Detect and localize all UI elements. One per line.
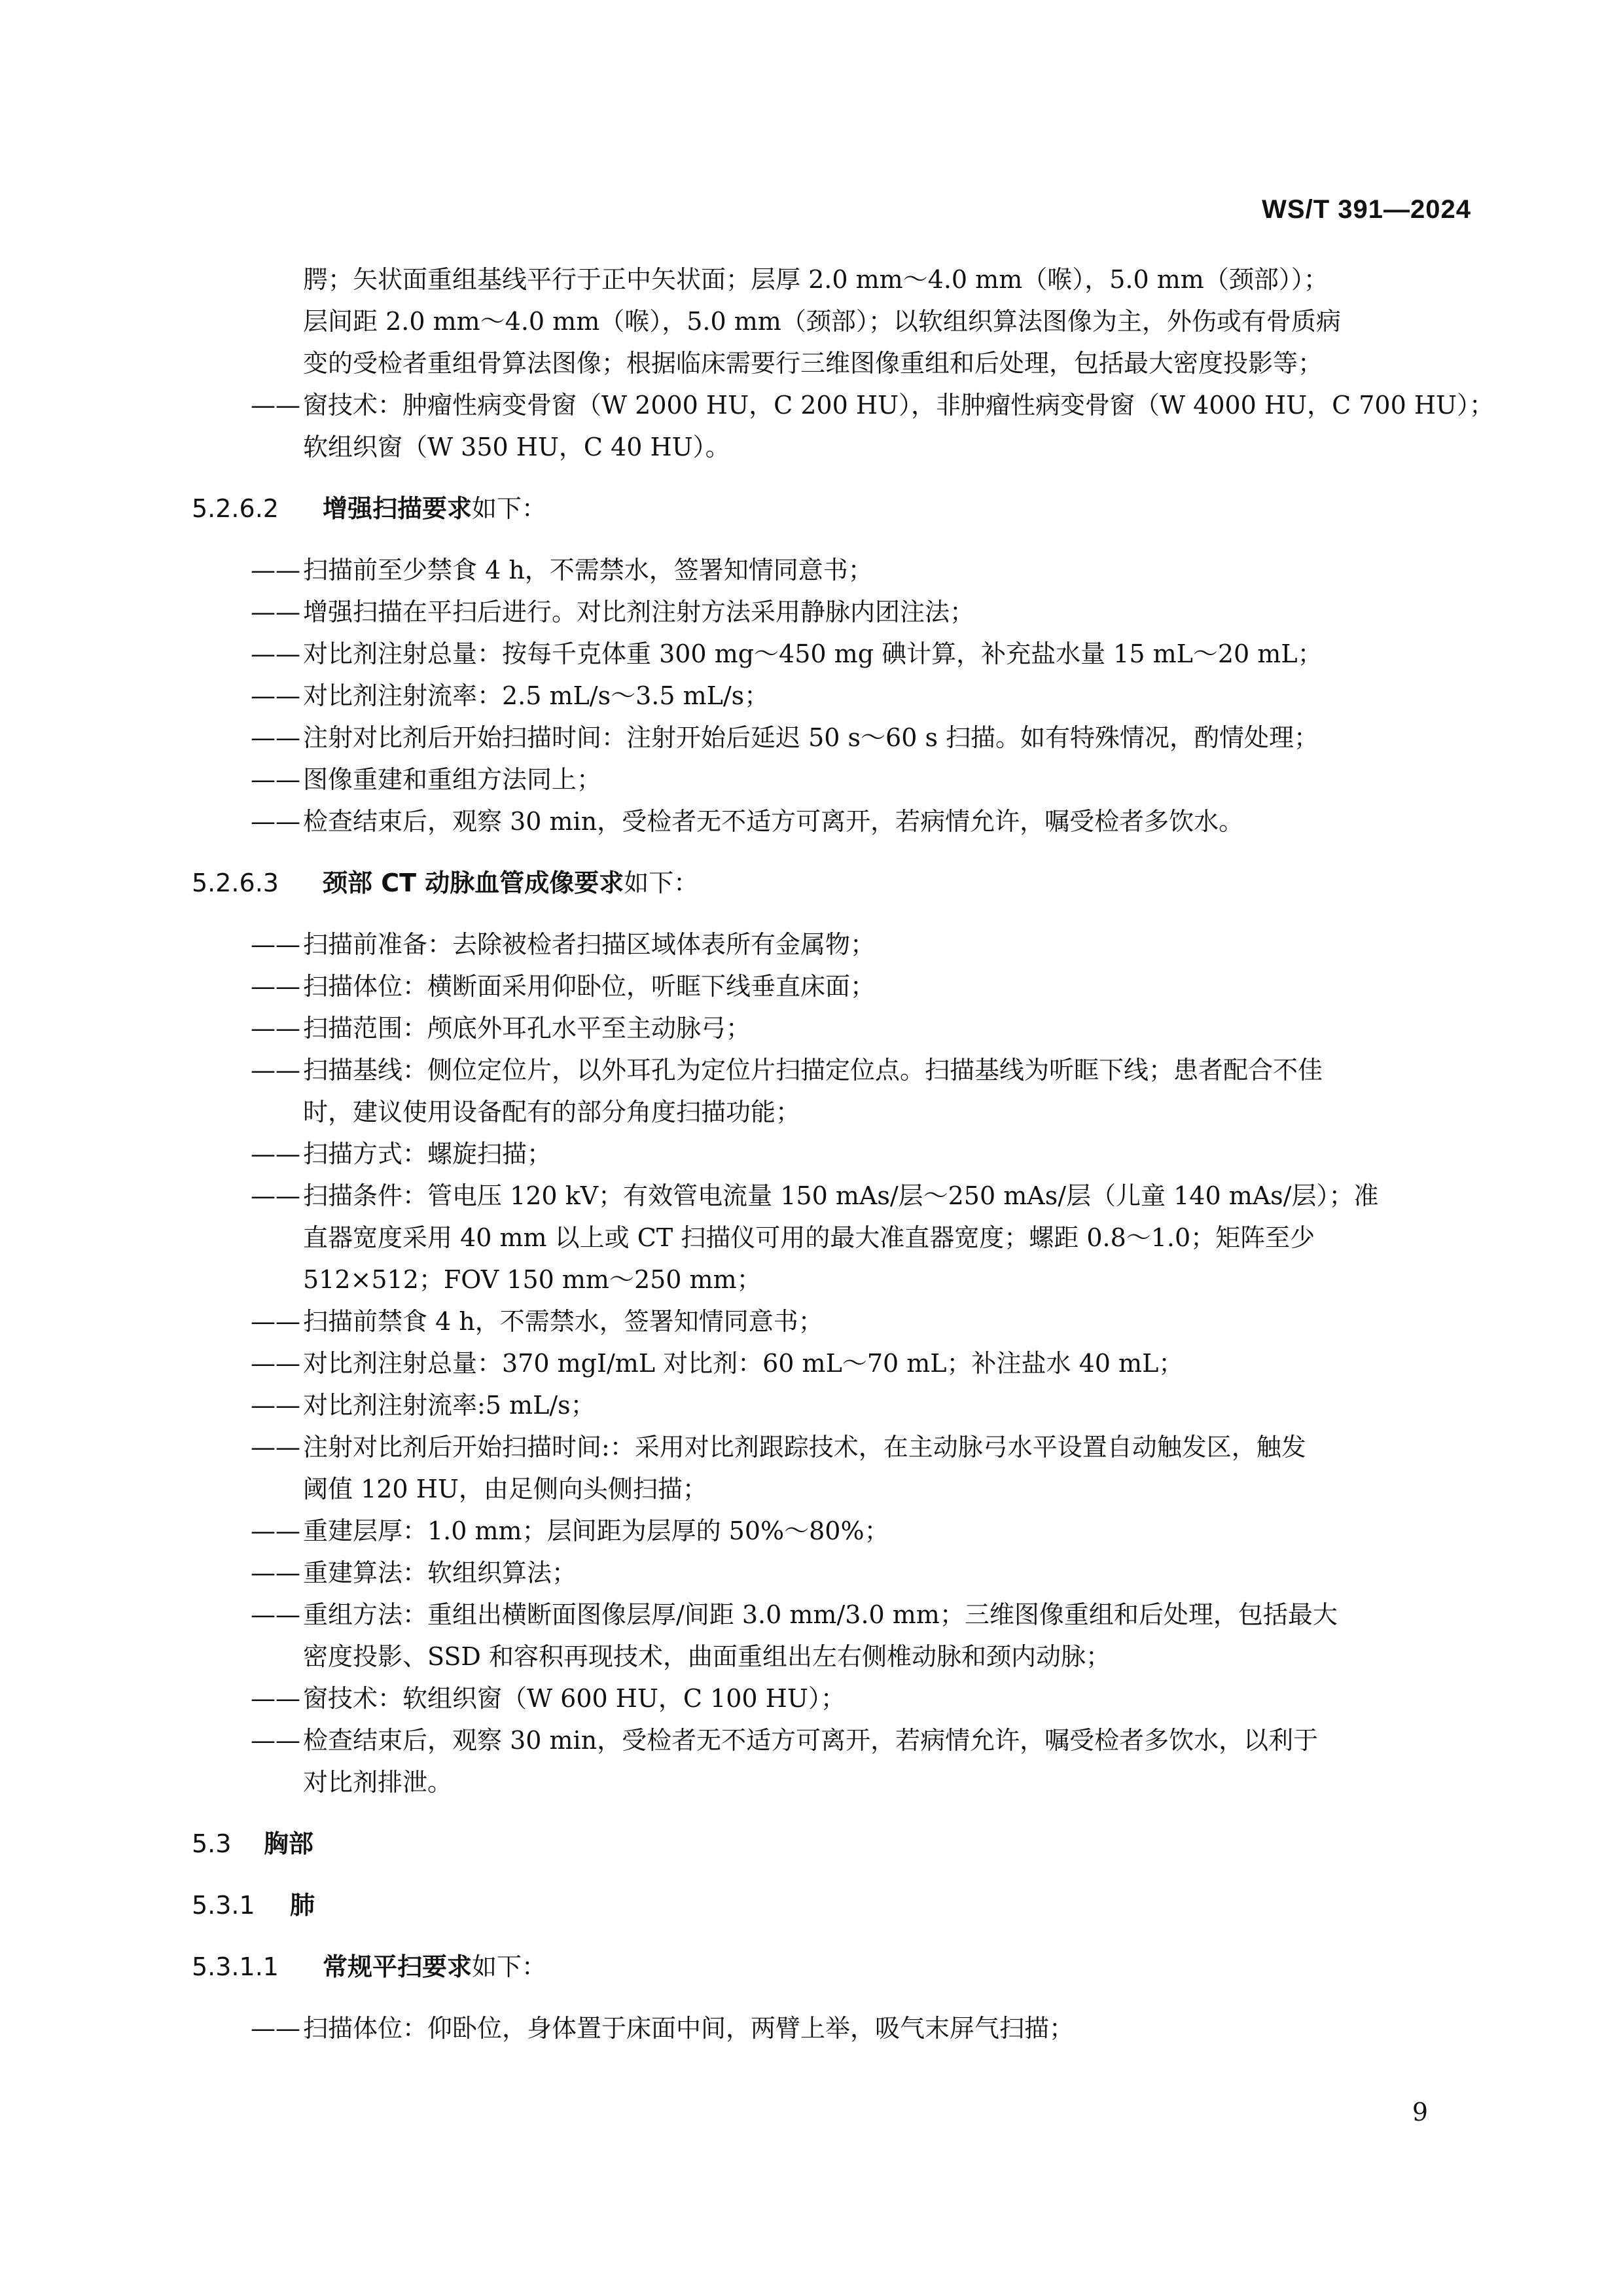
section-number: 5.3.1 <box>192 1884 290 1926</box>
list-item-text: 窗技术：软组织窗（W 600 HU，C 100 HU）； <box>303 1684 846 1713</box>
list-item: ——注射对比剂后开始扫描时间：注射开始后延迟 50 s～60 s 扫描。如有特殊… <box>192 717 1471 759</box>
section-heading-5-3: 5.3胸部 <box>192 1823 1471 1865</box>
section-number: 5.2.6.3 <box>192 862 323 904</box>
list-item: ——窗技术：软组织窗（W 600 HU，C 100 HU）； <box>192 1677 1471 1719</box>
dash-marker: —— <box>251 633 303 675</box>
dash-marker: —— <box>251 1677 303 1719</box>
list-item-continuation: 密度投影、SSD 和容积再现技术，曲面重组出左右侧椎动脉和颈内动脉； <box>192 1636 1471 1677</box>
list-item-text: 注射对比剂后开始扫描时间:：采用对比剂跟踪技术，在主动脉弓水平设置自动触发区，触… <box>303 1433 1306 1462</box>
dash-marker: —— <box>251 1719 303 1761</box>
continuation-line: 变的受检者重组骨算法图像；根据临床需要行三维图像重组和后处理，包括最大密度投影等… <box>192 342 1471 384</box>
list-item-text: 扫描前准备：去除被检者扫描区域体表所有金属物； <box>303 930 875 959</box>
dash-marker: —— <box>251 1175 303 1217</box>
dash-marker: —— <box>251 1300 303 1342</box>
list-item: ——检查结束后，观察 30 min，受检者无不适方可离开，若病情允许，嘱受检者多… <box>192 800 1471 842</box>
list-item-continuation: 直器宽度采用 40 mm 以上或 CT 扫描仪可用的最大准直器宽度；螺距 0.8… <box>192 1217 1471 1259</box>
standard-code-header: WS/T 391—2024 <box>1262 195 1471 224</box>
section-title: 肺 <box>290 1891 315 1920</box>
list-item-text: 扫描条件：管电压 120 kV；有效管电流量 150 mAs/层～250 mAs… <box>303 1181 1378 1210</box>
dash-marker: —— <box>251 549 303 591</box>
list-item-text: 扫描范围：颅底外耳孔水平至主动脉弓； <box>303 1014 751 1043</box>
list-item: ——对比剂注射总量：按每千克体重 300 mg～450 mg 碘计算，补充盐水量… <box>192 633 1471 675</box>
list-item-text: 对比剂注射总量：按每千克体重 300 mg～450 mg 碘计算，补充盐水量 1… <box>303 639 1323 668</box>
section-number: 5.3.1.1 <box>192 1946 323 1988</box>
list-item-text: 重建层厚：1.0 mm；层间距为层厚的 50%～80%； <box>303 1516 889 1545</box>
list-item-text: 图像重建和重组方法同上； <box>303 765 601 794</box>
list-item-text: 扫描体位：仰卧位，身体置于床面中间，两臂上举，吸气末屏气扫描； <box>303 2014 1074 2043</box>
section-heading-5-2-6-2: 5.2.6.2增强扫描要求如下： <box>192 488 1471 529</box>
list-item-text: 扫描基线：侧位定位片，以外耳孔为定位片扫描定位点。扫描基线为听眶下线；患者配合不… <box>303 1056 1323 1085</box>
list-item-text: 注射对比剂后开始扫描时间：注射开始后延迟 50 s～60 s 扫描。如有特殊情况… <box>303 723 1319 752</box>
list-item-text: 重建算法：软组织算法； <box>303 1558 577 1587</box>
list-item: ——扫描基线：侧位定位片，以外耳孔为定位片扫描定位点。扫描基线为听眶下线；患者配… <box>192 1049 1471 1091</box>
dash-marker: —— <box>251 800 303 842</box>
section-list-5-2-6-3: ——扫描前准备：去除被检者扫描区域体表所有金属物；——扫描体位：横断面采用仰卧位… <box>192 924 1471 1803</box>
section-number: 5.3 <box>192 1823 264 1865</box>
list-item-text: 重组方法：重组出横断面图像层厚/间距 3.0 mm/3.0 mm；三维图像重组和… <box>303 1600 1338 1629</box>
section-heading-5-3-1-1: 5.3.1.1常规平扫要求如下： <box>192 1946 1471 1988</box>
continuation-line: 腭；矢状面重组基线平行于正中矢状面；层厚 2.0 mm～4.0 mm（喉），5.… <box>192 259 1471 300</box>
section-title: 常规平扫要求 <box>323 1952 472 1981</box>
document-body: 腭；矢状面重组基线平行于正中矢状面；层厚 2.0 mm～4.0 mm（喉），5.… <box>192 259 1471 2049</box>
dash-marker: —— <box>251 1342 303 1384</box>
section-suffix: 如下： <box>472 1952 546 1981</box>
list-item: ——注射对比剂后开始扫描时间:：采用对比剂跟踪技术，在主动脉弓水平设置自动触发区… <box>192 1426 1471 1468</box>
dash-marker: —— <box>251 759 303 800</box>
list-item-text: 增强扫描在平扫后进行。对比剂注射方法采用静脉内团注法； <box>303 598 974 626</box>
dash-marker: —— <box>251 924 303 965</box>
list-item-continuation: 软组织窗（W 350 HU，C 40 HU）。 <box>192 426 1471 468</box>
dash-marker: —— <box>251 591 303 633</box>
section-title: 增强扫描要求 <box>323 494 472 523</box>
section-suffix: 如下： <box>624 869 698 897</box>
dash-marker: —— <box>251 675 303 717</box>
list-item: ——重组方法：重组出横断面图像层厚/间距 3.0 mm/3.0 mm；三维图像重… <box>192 1594 1471 1636</box>
list-item: ——扫描前准备：去除被检者扫描区域体表所有金属物； <box>192 924 1471 965</box>
list-item: ——扫描方式：螺旋扫描； <box>192 1133 1471 1175</box>
section-heading-5-3-1: 5.3.1肺 <box>192 1884 1471 1926</box>
dash-marker: —— <box>251 1426 303 1468</box>
list-item-text: 窗技术：肿瘤性病变骨窗（W 2000 HU，C 200 HU），非肿瘤性病变骨窗… <box>303 391 1494 420</box>
list-item: ——图像重建和重组方法同上； <box>192 759 1471 800</box>
section-suffix: 如下： <box>472 494 546 523</box>
dash-marker: —— <box>251 384 303 426</box>
section-list-5-3-1-1: ——扫描体位：仰卧位，身体置于床面中间，两臂上举，吸气末屏气扫描； <box>192 2007 1471 2049</box>
list-item: ——扫描条件：管电压 120 kV；有效管电流量 150 mAs/层～250 m… <box>192 1175 1471 1217</box>
section-title: 颈部 CT 动脉血管成像要求 <box>323 869 624 897</box>
dash-marker: —— <box>251 1049 303 1091</box>
dash-marker: —— <box>251 1384 303 1426</box>
dash-marker: —— <box>251 1510 303 1552</box>
list-item-text: 对比剂注射流率：2.5 mL/s～3.5 mL/s； <box>303 681 769 710</box>
list-item: ——扫描体位：仰卧位，身体置于床面中间，两臂上举，吸气末屏气扫描； <box>192 2007 1471 2049</box>
list-item-text: 对比剂注射总量：370 mgI/mL 对比剂：60 mL～70 mL；补注盐水 … <box>303 1349 1183 1378</box>
list-item-text: 扫描前禁食 4 h，不需禁水，签署知情同意书； <box>303 1307 823 1336</box>
section-number: 5.2.6.2 <box>192 488 323 529</box>
list-item: ——扫描体位：横断面采用仰卧位，听眶下线垂直床面； <box>192 965 1471 1007</box>
list-item-text: 扫描方式：螺旋扫描； <box>303 1139 552 1168</box>
list-item: ——重建算法：软组织算法； <box>192 1552 1471 1594</box>
dash-marker: —— <box>251 1133 303 1175</box>
section-list-5-2-6-2: ——扫描前至少禁食 4 h，不需禁水，签署知情同意书；——增强扫描在平扫后进行。… <box>192 549 1471 842</box>
list-item: ——对比剂注射流率:5 mL/s； <box>192 1384 1471 1426</box>
list-item-continuation: 512×512；FOV 150 mm～250 mm； <box>192 1259 1471 1300</box>
section-title: 胸部 <box>264 1829 313 1858</box>
list-item-text: 检查结束后，观察 30 min，受检者无不适方可离开，若病情允许，嘱受检者多饮水… <box>303 1726 1318 1755</box>
list-item: ——扫描范围：颅底外耳孔水平至主动脉弓； <box>192 1007 1471 1049</box>
dash-marker: —— <box>251 965 303 1007</box>
dash-marker: —— <box>251 1552 303 1594</box>
dash-marker: —— <box>251 2007 303 2049</box>
page-number: 9 <box>1412 2098 1428 2126</box>
list-item: ——扫描前禁食 4 h，不需禁水，签署知情同意书； <box>192 1300 1471 1342</box>
list-item: ——增强扫描在平扫后进行。对比剂注射方法采用静脉内团注法； <box>192 591 1471 633</box>
list-item-text: 扫描体位：横断面采用仰卧位，听眶下线垂直床面； <box>303 972 875 1001</box>
list-item-text: 对比剂注射流率:5 mL/s； <box>303 1391 596 1420</box>
list-item-window: ——窗技术：肿瘤性病变骨窗（W 2000 HU，C 200 HU），非肿瘤性病变… <box>192 384 1471 426</box>
list-item-text: 检查结束后，观察 30 min，受检者无不适方可离开，若病情允许，嘱受检者多饮水… <box>303 807 1243 836</box>
dash-marker: —— <box>251 1594 303 1636</box>
list-item-continuation: 阈值 120 HU，由足侧向头侧扫描； <box>192 1468 1471 1510</box>
list-item-continuation: 对比剂排泄。 <box>192 1761 1471 1803</box>
list-item: ——对比剂注射流率：2.5 mL/s～3.5 mL/s； <box>192 675 1471 717</box>
continuation-line: 层间距 2.0 mm～4.0 mm（喉），5.0 mm（颈部）；以软组织算法图像… <box>192 300 1471 342</box>
list-item: ——检查结束后，观察 30 min，受检者无不适方可离开，若病情允许，嘱受检者多… <box>192 1719 1471 1761</box>
list-item: ——扫描前至少禁食 4 h，不需禁水，签署知情同意书； <box>192 549 1471 591</box>
dash-marker: —— <box>251 717 303 759</box>
list-item: ——对比剂注射总量：370 mgI/mL 对比剂：60 mL～70 mL；补注盐… <box>192 1342 1471 1384</box>
list-item: ——重建层厚：1.0 mm；层间距为层厚的 50%～80%； <box>192 1510 1471 1552</box>
dash-marker: —— <box>251 1007 303 1049</box>
list-item-text: 扫描前至少禁食 4 h，不需禁水，签署知情同意书； <box>303 556 873 584</box>
section-heading-5-2-6-3: 5.2.6.3颈部 CT 动脉血管成像要求如下： <box>192 862 1471 904</box>
list-item-continuation: 时，建议使用设备配有的部分角度扫描功能； <box>192 1091 1471 1133</box>
